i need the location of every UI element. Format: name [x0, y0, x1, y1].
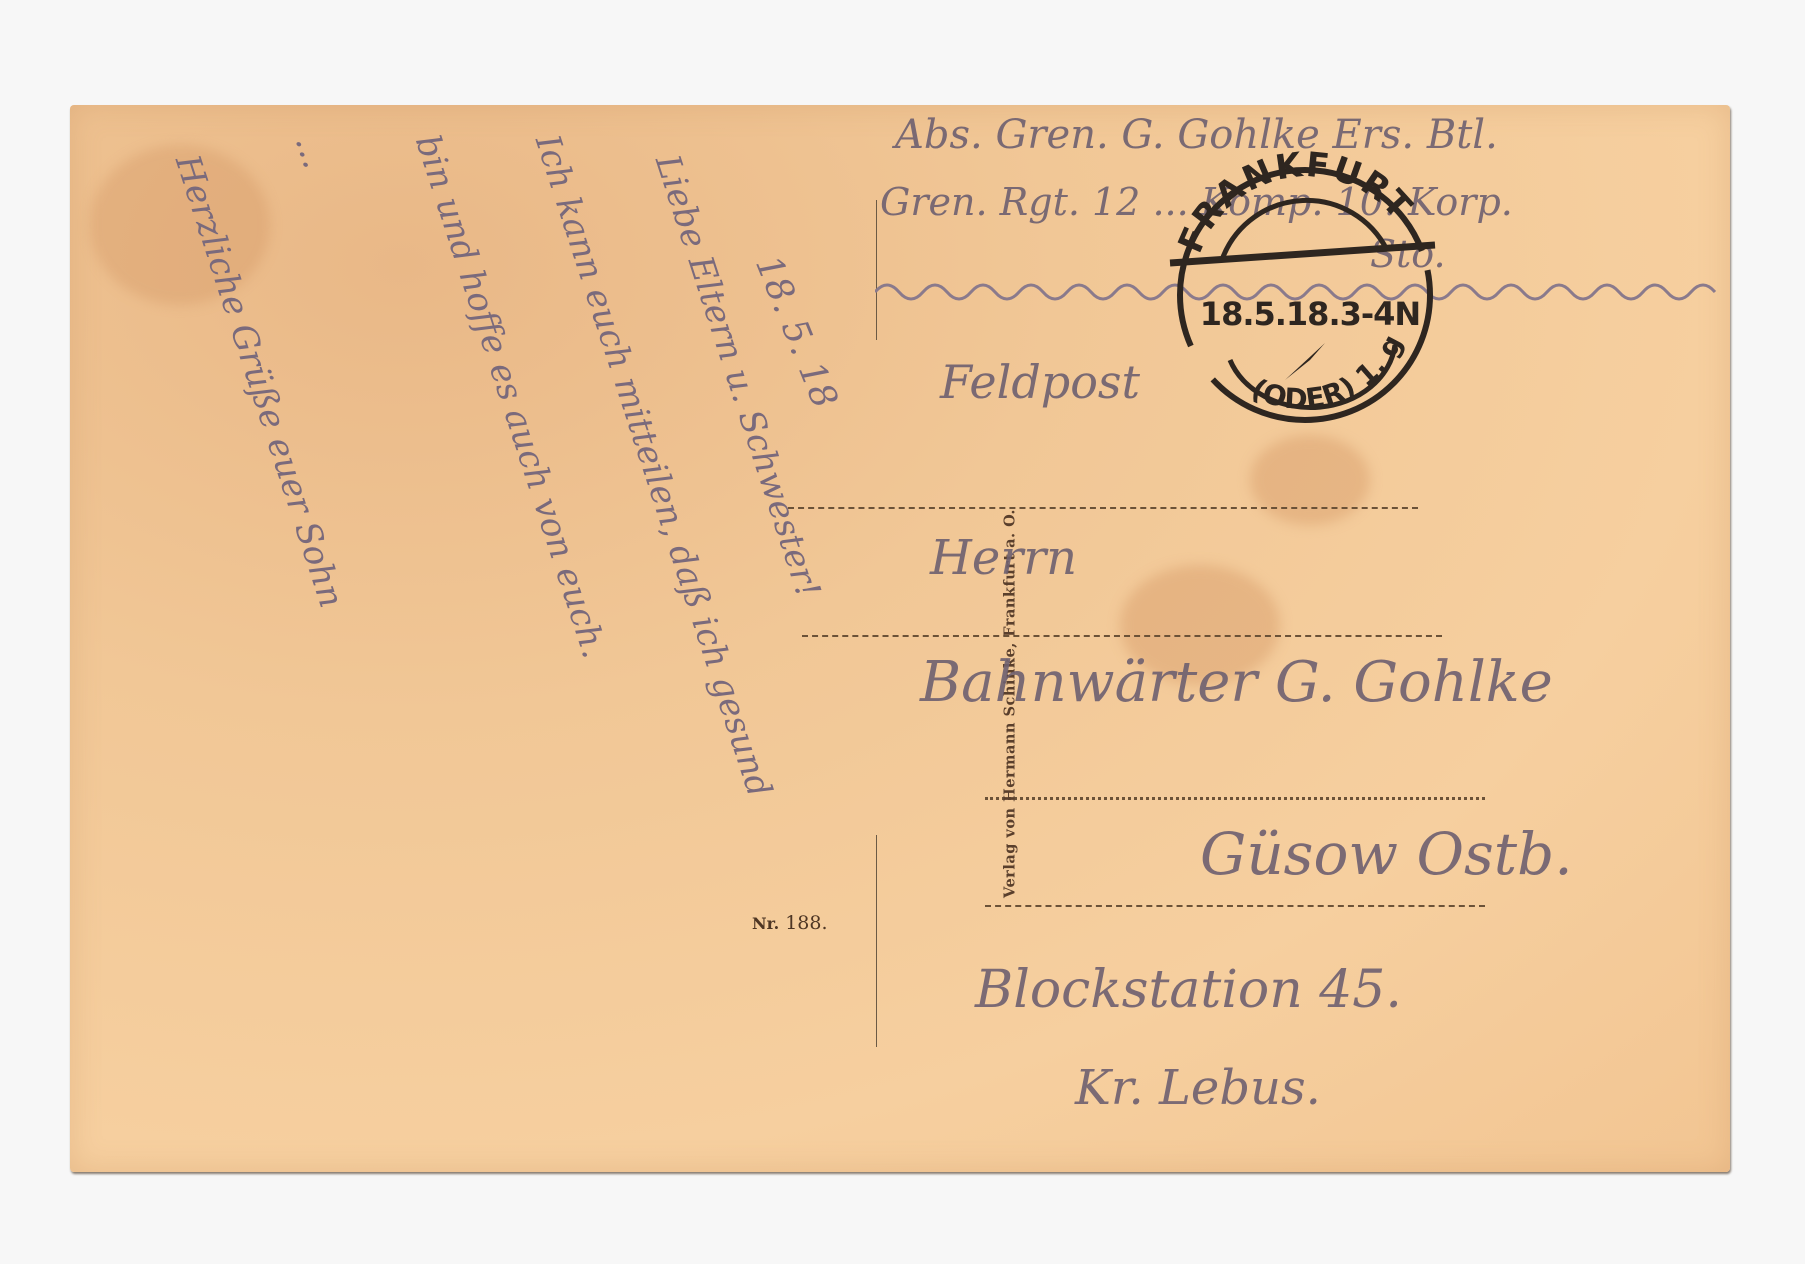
postmark-region: (ODER) 1. g: [1246, 329, 1409, 416]
address-line: [788, 507, 1418, 509]
recipient-town: Güsow Ostb.: [1200, 820, 1573, 888]
postmark-date: 18.5.18.3-4N: [1160, 295, 1460, 333]
address-line: [802, 635, 1442, 637]
recipient-name: Bahnwärter G. Gohlke: [920, 650, 1553, 715]
message-area: 18. 5. 18 Liebe Eltern u. Schwester! Ich…: [95, 130, 795, 1090]
address-line: [985, 797, 1485, 800]
svg-text:(ODER) 1. g: (ODER) 1. g: [1246, 329, 1409, 416]
message-line: ...: [287, 130, 335, 173]
recipient-district: Kr. Lebus.: [1075, 1060, 1321, 1116]
message-line: Ich kann euch mitteilen, daß ich gesund: [527, 130, 779, 802]
feldpost-label: Feldpost: [940, 355, 1140, 409]
recipient-station: Blockstation 45.: [975, 960, 1402, 1020]
message-line: Herzliche Grüße euer Sohn: [167, 150, 351, 612]
address-line: [985, 905, 1485, 907]
divider-line: [876, 835, 877, 1047]
salutation: Herrn: [930, 530, 1077, 586]
